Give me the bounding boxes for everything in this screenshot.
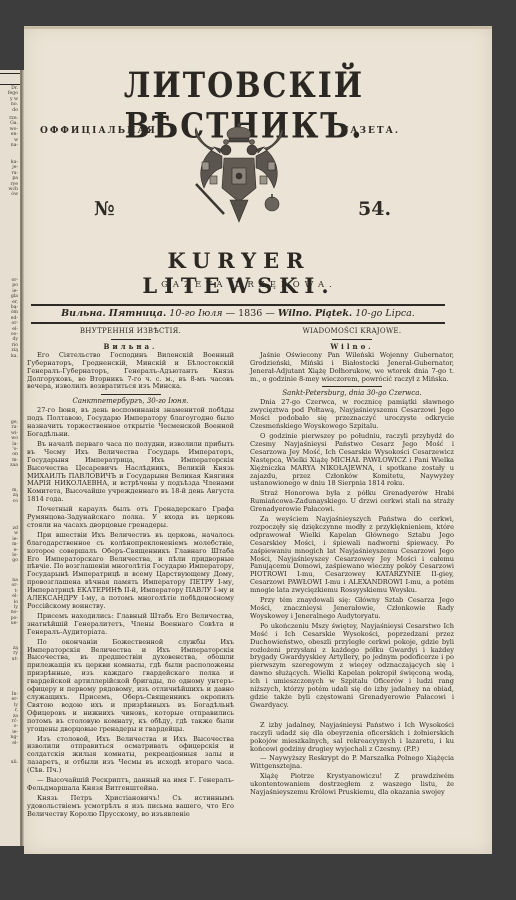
masthead-subtitle-polish: GAZETA URZĘDOWA. <box>144 280 354 290</box>
text-fragment: ge, ra- wi- wo la- 'o- on m- zaa <box>10 420 18 469</box>
dateline-city-ru: Вильна. <box>61 308 106 319</box>
dateline-day-ru: Пятница. <box>109 308 167 319</box>
dateline-day-pl: Piątek. <box>315 308 352 319</box>
page-edge <box>24 26 492 29</box>
article-paragraph: 27-го Іюня, въ день воспоминанія знамени… <box>27 407 234 439</box>
article-paragraph: При вшествіи Ихъ Величествъ въ церковь, … <box>27 532 234 611</box>
dateline-rule-bottom <box>31 322 445 324</box>
dateline-city-pl: Wilno. <box>278 308 312 319</box>
article-paragraph: Dnia 27-go Czerwca, w rocznicę pamiątki … <box>250 399 454 431</box>
dateline-year: — 1836 — <box>226 308 275 319</box>
article-paragraph: Po ukończeniu Mszy świętey, Nayjaśnieysi… <box>250 623 454 710</box>
section-title-internal-news: ВНУТРЕННІЯ ИЗВѢСТІЯ. <box>27 328 234 340</box>
article-paragraph: Przy tém znaydowali się: Główny Sztab Ce… <box>250 597 454 621</box>
article-paragraph: — Высочайшій Рескриптъ, данный на имя Г.… <box>27 777 234 793</box>
text-fragment: zą ry ut- <box>12 646 18 662</box>
text-fragment: or- po ie- gla er, bą- óm ed- or- el- oo… <box>11 278 18 359</box>
article-paragraph: Князь Петръ Христіановичъ! Съ истиннымъ … <box>27 795 234 819</box>
dateline: Вильна. Пятница. 10-го Іюля — 1836 — Wil… <box>31 308 445 319</box>
article-paragraph: O godzinie pierwszey po południu, raczyl… <box>250 433 454 488</box>
article-dateline: Sankt-Petersburg, dnia 30-go Czerwca. <box>250 386 454 398</box>
text-fragment: rze. Ga. wo- en- w na- <box>9 116 18 148</box>
article-paragraph: Z izby jadalney, Nayjaśnieysi Państwo i … <box>250 722 454 754</box>
masthead-title-polish: KURYER LITEWSKI. <box>64 248 414 298</box>
article-paragraph: Почетный караулъ былъ отъ Гренадерскаго … <box>27 506 234 530</box>
article-paragraph: Присемъ находились: Главный Штабъ Его Ве… <box>27 613 234 637</box>
dateline-date-ru: 10-го Іюля <box>169 308 222 319</box>
dateline-date-pl: 10-go Lipca. <box>355 308 415 319</box>
article-paragraph: Изъ столовой, Ихъ Величества и Ихъ Высоч… <box>27 736 234 776</box>
text-fragment: na or- t- el- lo ly no- po- ue- <box>11 578 18 627</box>
article-paragraph: По окончаніи Божественной службы Ихъ Имп… <box>27 639 234 734</box>
dateline-place: Wilno. <box>250 343 454 351</box>
article-paragraph: Въ началѣ перваго часа по полудни, извол… <box>27 441 234 504</box>
article-paragraph: Straż Honorowa była z półku Grenadyerów … <box>250 490 454 514</box>
adjacent-page-strip: Dr. fego y w no. do rze. Ga. wo- en- w n… <box>0 70 21 846</box>
article-dateline: Санктпетербургъ, 30-го Іюня. <box>27 394 234 406</box>
divider <box>0 73 21 74</box>
issue-number-label: № <box>94 198 115 220</box>
column-russian: ВНУТРЕННІЯ ИЗВѢСТІЯ. Вильна. Его Сіятель… <box>27 328 234 821</box>
article-paragraph: Jaśnie Oświecony Pan Wileński Wojenny Gu… <box>250 352 454 384</box>
text-fragment: ka- je- ra- pa rye wch ów <box>9 160 18 198</box>
masthead-subtitle-left: ОФФИЦІАЛЬНАЯ <box>40 126 157 136</box>
text-fragment: Dr. fego y w no. do <box>8 86 18 113</box>
text-fragment: In- er- ly r, za rć- o- ie- ng- el- <box>11 692 18 746</box>
issue-number: 54. <box>358 198 391 220</box>
dateline-place: Вильна. <box>27 343 234 351</box>
article-paragraph: — Naywyższy Reskrypt do P. Marszałka Pol… <box>250 755 454 771</box>
text-fragment: uli. <box>11 760 18 765</box>
article-paragraph: Za weyściem Nayjaśnieyszych Państwa do c… <box>250 516 454 595</box>
divider <box>0 84 21 85</box>
section-title-domestic-news: WIADOMOŚCI KRAJOWE. <box>250 328 454 340</box>
dateline-rule-top <box>31 304 445 306</box>
masthead-subtitle-right: ГАЗЕТА. <box>342 126 400 136</box>
newspaper-page: ЛИТОВСКІЙ ВѢСТНИКЪ. ОФФИЦІАЛЬНАЯ ГАЗЕТА. <box>24 26 492 854</box>
text-fragment: m, zą co <box>12 488 18 504</box>
column-polish: WIADOMOŚCI KRAJOWE. Wilno. Jaśnie Oświec… <box>250 328 454 799</box>
article-paragraph: Xiążę Piotrze Krystyanowiczu! Z prawdziw… <box>250 773 454 797</box>
article-paragraph: Его Сіятельство Господинъ Виленскій Воен… <box>27 352 234 392</box>
text-fragment: zd w ie- m- e- lo- go <box>12 526 18 564</box>
double-headed-eagle-icon <box>174 118 304 230</box>
